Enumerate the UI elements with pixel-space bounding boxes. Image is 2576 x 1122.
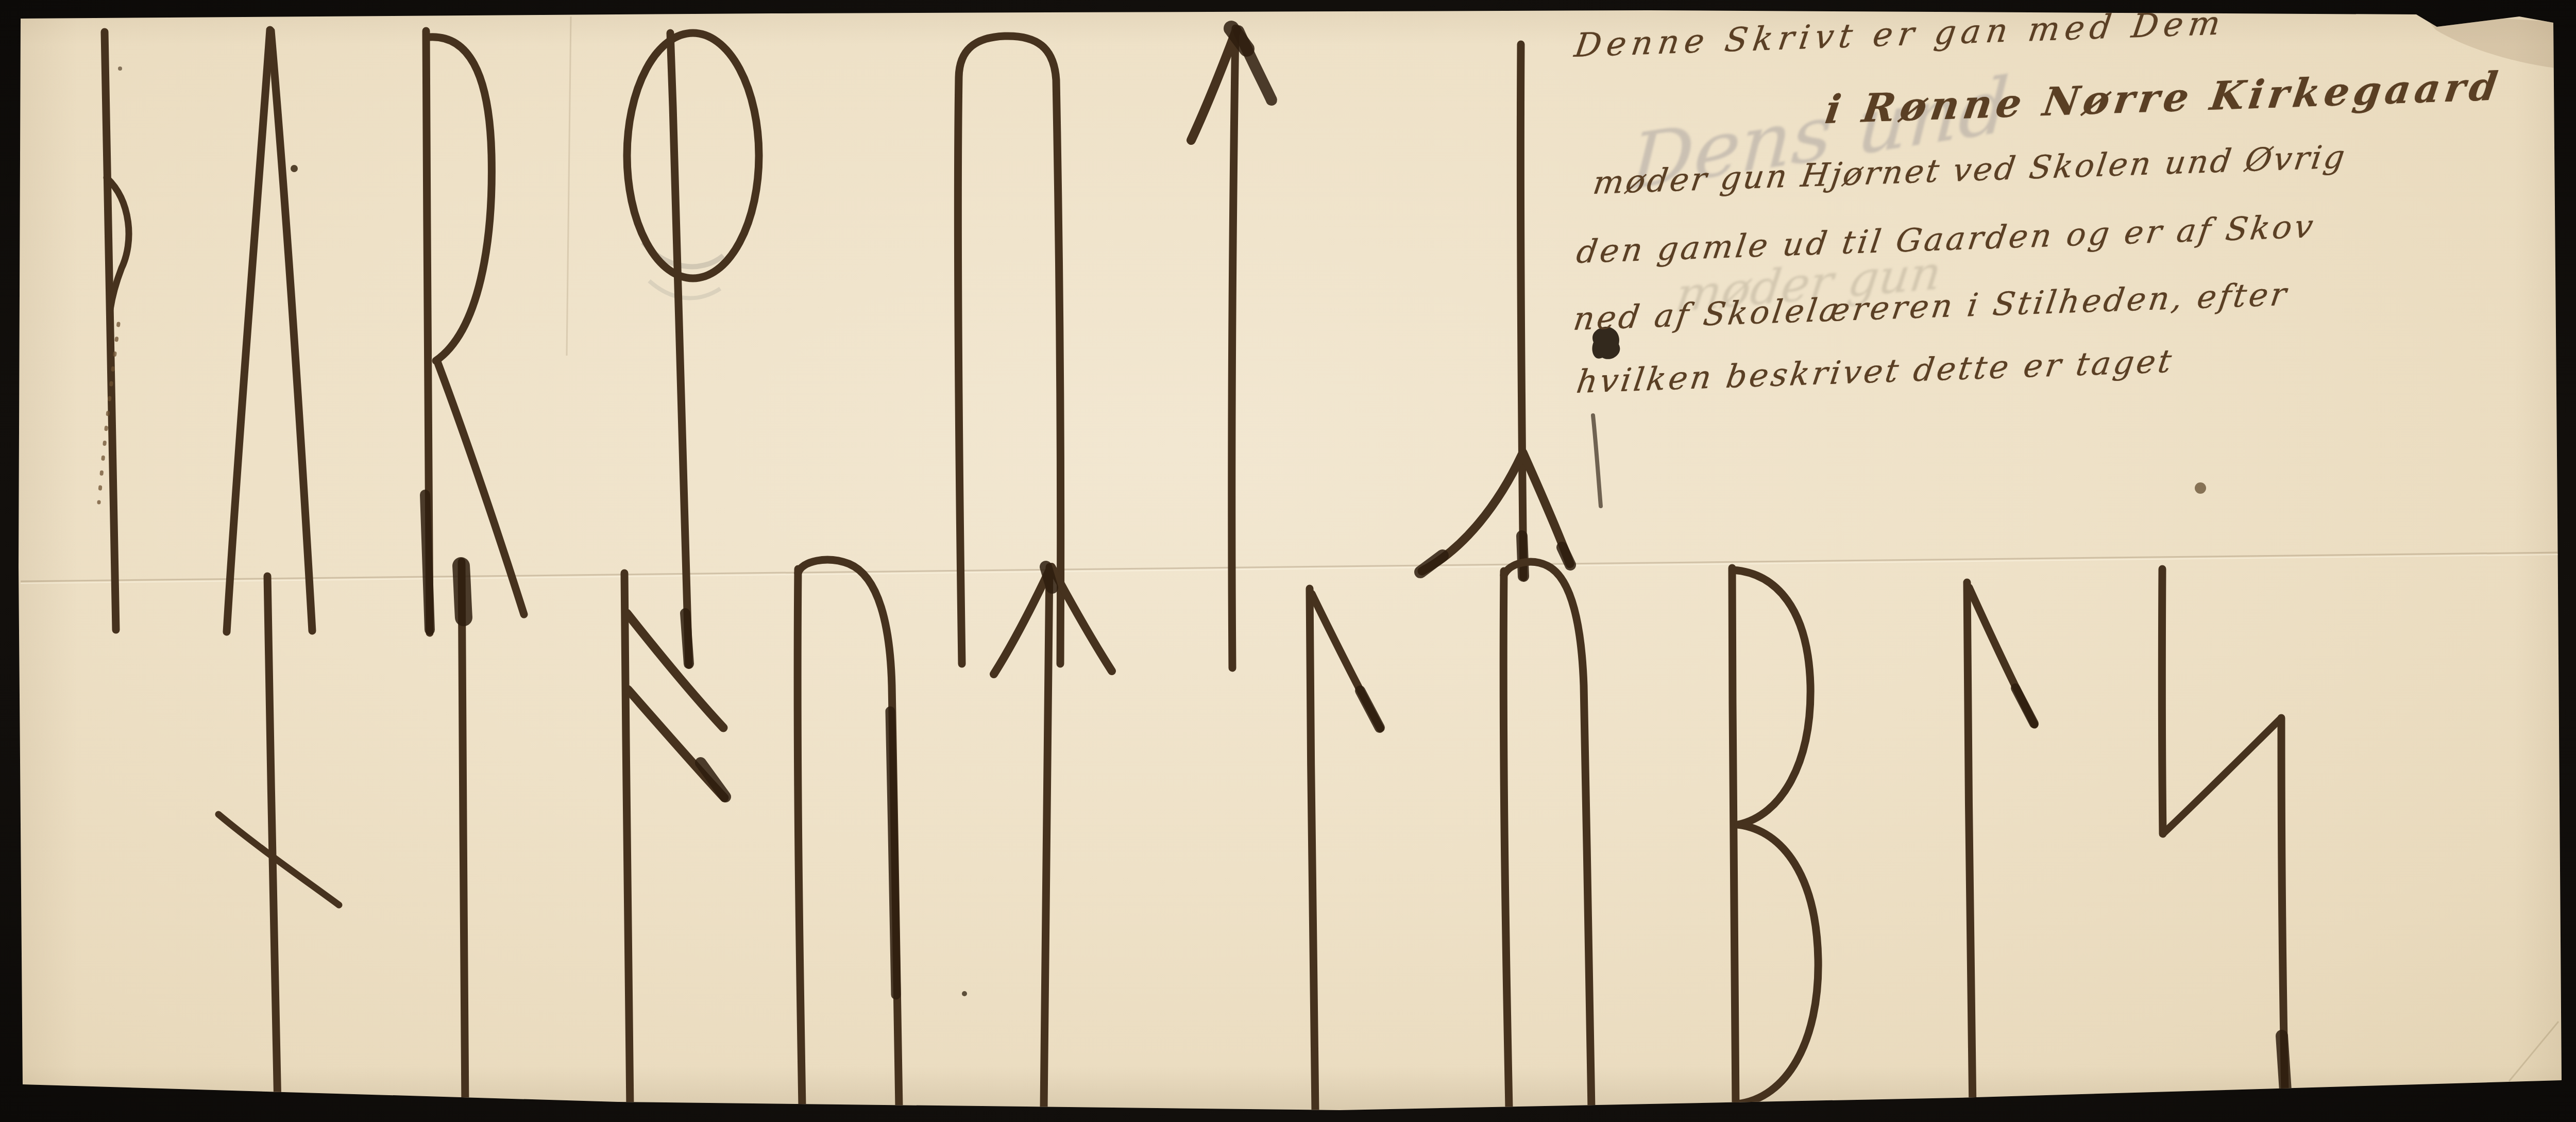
rune-row1-2-lambda [227,30,312,632]
fold-crease-horizontal [21,552,2561,583]
speck [962,991,967,996]
ink-blob [2015,688,2034,724]
stroke [271,31,312,631]
ink-blob [1360,691,1380,728]
ink-blob [1420,556,1443,572]
rune-row2-5-arrow-up [994,567,1112,1108]
rune-row1-6-arrow-up [1191,28,1272,668]
crease-highlight [21,555,2561,583]
stroke [1232,28,1235,668]
rune-row2-1-crossed-stave [218,576,339,1107]
crease-line [21,552,2561,581]
manuscript-scan: { "scan": { "description": "Hand-drawn r… [0,0,2576,1122]
stroke [624,573,630,1109]
ink-blob [1046,567,1052,588]
ink-blob [685,613,689,664]
ink-blob [461,566,464,617]
rune-row1-4-circle-stave [627,33,759,665]
stroke [1191,30,1236,140]
speck [118,66,122,71]
rune-row2-3-double-branch-stave [624,573,725,1109]
ink-blob [425,495,430,630]
stroke [994,568,1050,674]
stroke [1967,582,1973,1111]
fold-crease-vertical [567,16,571,356]
stroke [1520,44,1523,577]
stroke [1310,589,1315,1111]
stroke [1044,567,1049,1108]
ink-blob [1522,536,1523,576]
ink-blob [2282,1036,2285,1091]
stroke [267,576,278,1107]
paper-sheet: Dens und møder gun Denne Skrivt er gan m… [0,0,2576,1122]
pencil-arc [649,281,720,298]
corner-crease [2509,1021,2558,1081]
ink-blob [1562,547,1570,565]
stroke [1732,568,1736,1105]
rune-row1-7-forked-stave [1420,44,1570,577]
rune-row2-9-branch-stave [1967,582,2035,1111]
stroke [798,569,802,1106]
stroke [2163,718,2281,834]
rune-row2-8-latin-b [1732,568,1818,1105]
rune-row2-7-arch [1503,562,1591,1109]
stroke [798,560,899,1107]
stroke [218,814,339,905]
stroke [2162,569,2163,834]
stroke [1733,570,1810,825]
rune-row1-3-latin-r [425,31,524,633]
speck [2195,482,2206,494]
stroke [1504,562,1591,1109]
rune-row2-2-plain-stave [461,562,465,1108]
circle [627,33,759,278]
speck [291,165,298,172]
stroke [462,562,465,1108]
stroke [227,30,270,632]
stroke [1503,571,1509,1108]
rune-row1-1-stave-hook [99,32,129,630]
stroke [428,37,492,361]
stroke [105,32,116,630]
stroke [1737,825,1818,1104]
ink-streak [1593,415,1601,506]
rune-row2-10-zigzag-stave [2162,569,2285,1092]
rune-row2-4-arch [798,560,899,1107]
ink-blob [890,711,896,995]
stroke [670,33,689,665]
rune-row2-6-branch-stave [1310,589,1380,1111]
